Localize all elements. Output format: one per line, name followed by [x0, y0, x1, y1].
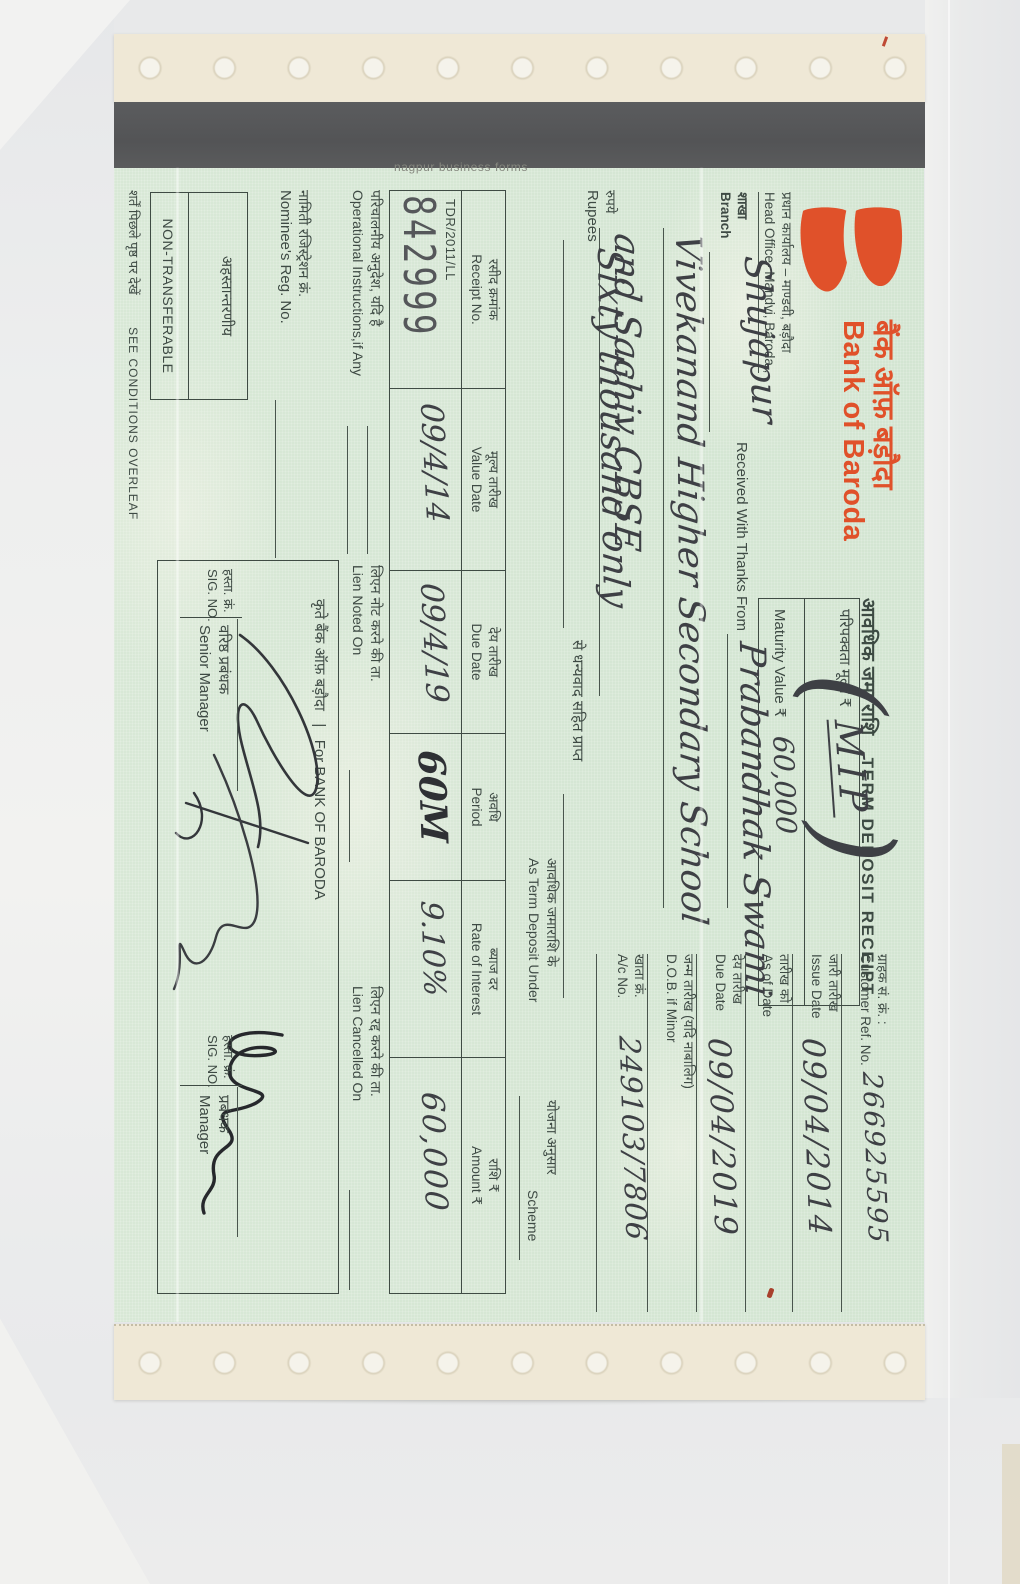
col-rate-of-interest: ब्याज दर Rate of Interest	[461, 881, 505, 1058]
sleeve-seam	[948, 0, 950, 1584]
col-value-date: मूल्य तारीख Value Date	[461, 389, 505, 571]
sleeve-right-edge	[925, 0, 1020, 1584]
due-date-value: 09/04/2019	[702, 1037, 740, 1237]
cell-rate-of-interest: 9.10%	[390, 881, 461, 1058]
operational-rule-2	[347, 426, 348, 554]
lien-cancelled-hindi: लिएन रद्द करने की ता.	[367, 986, 385, 1101]
branch-label-english: Branch	[716, 192, 733, 239]
field-issue-date: जारी तारीख Issue Date 09/04/2014	[792, 954, 841, 1312]
col-period-hi: अवधि	[484, 734, 501, 880]
nominee-english: Nominee's Reg. No.	[276, 190, 295, 324]
dob-label-en: D.O.B. if Minor	[662, 954, 679, 1312]
senior-sig-no-hindi: हस्ता. क्रं.	[220, 569, 236, 622]
manager-sig-no-hindi: हस्ता. क्रं.	[220, 1035, 236, 1088]
deposit-table-values: TDR/2011/LL 842999 09/4/14 09/4/19 60M 9…	[390, 191, 461, 1293]
manager-signature	[170, 1009, 310, 1219]
cell-receipt-no: TDR/2011/LL 842999	[390, 191, 461, 389]
nominee-hindi: नामिती रजिस्ट्रेशन क्रं.	[295, 190, 313, 324]
rupees-label-english: Rupees	[582, 190, 601, 242]
as-of-date-label-en: As of Date	[758, 954, 775, 1312]
sleeve-bottom	[0, 1398, 1020, 1584]
bank-name-english: Bank of Baroda	[838, 320, 868, 541]
senior-sig-no-english: SIG. NO.	[204, 569, 220, 622]
senior-manager-signature	[164, 607, 336, 1007]
lien-cancelled-english: Lien Cancelled On	[349, 986, 367, 1101]
field-customer-ref: ग्राहक सं. क्रं. : Customer Ref. No. 266…	[841, 954, 890, 1312]
col-value-date-hi: मूल्य तारीख	[484, 389, 501, 570]
cell-amount: 60,000	[390, 1058, 461, 1293]
carbon-band	[114, 102, 925, 168]
col-amount: राशि ₹ Amount ₹	[461, 1058, 505, 1293]
senior-manager-sign-line	[237, 619, 238, 791]
nominee-rule	[275, 400, 276, 558]
col-value-date-en: Value Date	[467, 389, 484, 570]
operational-rule-1	[367, 426, 368, 554]
scheme-label-english: Scheme	[524, 1190, 542, 1241]
col-due-date-hi: देय तारीख	[484, 571, 501, 733]
cell-due-date: 09/4/19	[390, 571, 461, 734]
manager-hindi: प्रबंधक	[213, 1095, 232, 1154]
col-period-en: Period	[467, 734, 484, 880]
non-transferable-hindi: अहस्तान्तरणीय	[218, 256, 235, 336]
senior-manager-english: Senior Manager	[195, 625, 214, 732]
mip-text: MIP	[827, 719, 874, 817]
deposit-under-hindi: आवधिक जमाराशि के	[543, 858, 561, 1308]
receipt-number: 842999	[393, 195, 444, 338]
sleeve-corner	[1002, 1444, 1020, 1584]
dob-label-hi: जन्म तारीख (यदि नाबालिग)	[679, 954, 696, 1312]
conditions-hindi: शर्तें पिछले पृष्ठ पर देखें	[126, 190, 141, 295]
conditions-english: SEE CONDITIONS OVERLEAF	[126, 327, 140, 520]
field-due-date: देय तारीख Due Date 09/04/2019	[696, 954, 745, 1312]
bank-name-hindi: बैंक ऑफ़ बड़ौदा	[868, 320, 898, 541]
cell-period: 60M	[390, 734, 461, 881]
col-rate-en: Rate of Interest	[467, 881, 484, 1057]
col-receipt-no-en: Receipt No.	[467, 191, 484, 388]
printer-mark: nagpur business forms	[394, 160, 528, 174]
col-due-date: देय तारीख Due Date	[461, 571, 505, 734]
as-of-date-label-hi: तारीख को	[775, 954, 792, 1312]
signature-box: कृते बैंक ऑफ़ बड़ौदा | For BANK OF BAROD…	[157, 560, 339, 1294]
col-rate-hi: ब्याज दर	[484, 881, 501, 1057]
rupees-in-words: Sixty thousand only	[591, 246, 633, 609]
received-line1-rule	[727, 634, 728, 908]
col-receipt-no: रसीद क्रमांक Receipt No.	[461, 191, 505, 389]
branch-value-handwritten: Shujapur	[738, 255, 783, 424]
period-handwritten: 60M	[412, 749, 452, 843]
col-receipt-no-hi: रसीद क्रमांक	[484, 191, 501, 388]
received-from-line1: Prabandhak Swami	[733, 640, 775, 998]
amount-handwritten: 60,000	[416, 1091, 451, 1214]
senior-manager-hindi: वरिष्ठ प्रबंधक	[213, 625, 232, 732]
tractor-feed-strip-bottom	[114, 1324, 925, 1400]
lien-noted-rule	[349, 770, 350, 862]
scanned-term-deposit-receipt: बैंक ऑफ़ बड़ौदा Bank of Baroda प्रधान का…	[0, 0, 1020, 1584]
received-line2-rule	[663, 228, 664, 908]
lien-noted-hindi: लिएन नोट करने की ता.	[367, 565, 385, 682]
feed-holes-bottom	[114, 1326, 925, 1400]
scheme-label-hindi: योजना अनुसार	[543, 1100, 561, 1175]
manager-sig-no-label: हस्ता. क्रं. SIG. NO.	[204, 1035, 237, 1088]
non-transferable-box: अहस्तान्तरणीय NON-TRANSFERABLE	[150, 192, 248, 400]
field-dob-if-minor: जन्म तारीख (यदि नाबालिग) D.O.B. if Minor	[647, 954, 696, 1312]
receipt-prefix: TDR/2011/LL	[443, 199, 458, 281]
customer-ref-value: 266925595	[858, 1071, 891, 1245]
sig-divider-left	[180, 617, 242, 618]
scheme-note-mip: ( MIP )	[791, 670, 908, 867]
due-date-handwritten: 09/4/19	[415, 582, 452, 703]
operational-instructions-hindi: परिचालनीय अनुदेश, यदि है	[367, 190, 385, 376]
sleeve-left-edge	[0, 0, 114, 1584]
non-transferable-english: NON-TRANSFERABLE	[160, 218, 176, 373]
rupees-rule	[563, 240, 564, 628]
lien-noted-english: Lien Noted On	[349, 565, 367, 682]
operational-instructions-english: Operational Instructions,if Any	[349, 190, 367, 376]
thanks-suffix-rule	[563, 794, 564, 998]
senior-sig-no-label: हस्ता. क्रं. SIG. NO.	[204, 569, 237, 622]
tractor-feed-strip-top	[114, 34, 925, 102]
col-period: अवधि Period	[461, 734, 505, 881]
bank-of-baroda-logo-icon	[794, 194, 904, 310]
receipt-paper: बैंक ऑफ़ बड़ौदा Bank of Baroda प्रधान का…	[114, 168, 924, 1322]
field-account-no: खाता क्रं. A/c No. 249103/7806	[596, 954, 647, 1312]
received-from-line2: Vivekanand Higher Secondary School	[669, 232, 711, 927]
cell-value-date: 09/4/14	[390, 389, 461, 571]
scan-crease-1	[176, 168, 179, 1322]
manager-english: Manager	[195, 1095, 214, 1154]
scheme-rule	[519, 1096, 520, 1260]
sig-divider-right	[180, 1085, 242, 1086]
deposit-table-header: रसीद क्रमांक Receipt No. मूल्य तारीख Val…	[461, 191, 505, 1293]
manager-sign-line	[237, 1087, 238, 1237]
lien-cancelled-rule	[349, 1190, 350, 1290]
rate-of-interest-handwritten: 9.10%	[415, 900, 448, 997]
deposit-under-group: आवधिक जमाराशि के As Term Deposit Under य…	[525, 858, 560, 1308]
deposit-table: रसीद क्रमांक Receipt No. मूल्य तारीख Val…	[389, 190, 506, 1294]
col-amount-en: Amount ₹	[467, 1058, 484, 1293]
col-amount-hi: राशि ₹	[484, 1058, 501, 1293]
received-from-label: Received With Thanks From	[731, 442, 750, 631]
field-as-of-date: तारीख को As of Date	[745, 954, 792, 1312]
scan-crease-2	[700, 168, 703, 1322]
thanks-suffix-hindi: से धन्यवाद सहित प्राप्त	[567, 640, 586, 761]
issue-date-value: 09/04/2014	[796, 1037, 834, 1237]
mip-paren-close: )	[802, 822, 909, 864]
mip-paren-open: (	[791, 672, 898, 714]
manager-sig-no-english: SIG. NO.	[204, 1035, 220, 1088]
col-due-date-en: Due Date	[467, 571, 484, 733]
reference-fields: ग्राहक सं. क्रं. : Customer Ref. No. 266…	[596, 954, 890, 1312]
receipt-content-rotated: बैंक ऑफ़ बड़ौदा Bank of Baroda प्रधान का…	[114, 168, 924, 1322]
account-no-value: 249103/7806	[614, 1035, 650, 1242]
feed-holes-top	[114, 34, 925, 102]
value-date-handwritten: 09/4/14	[415, 402, 452, 523]
branch-label-hindi: शाखा	[733, 192, 750, 239]
